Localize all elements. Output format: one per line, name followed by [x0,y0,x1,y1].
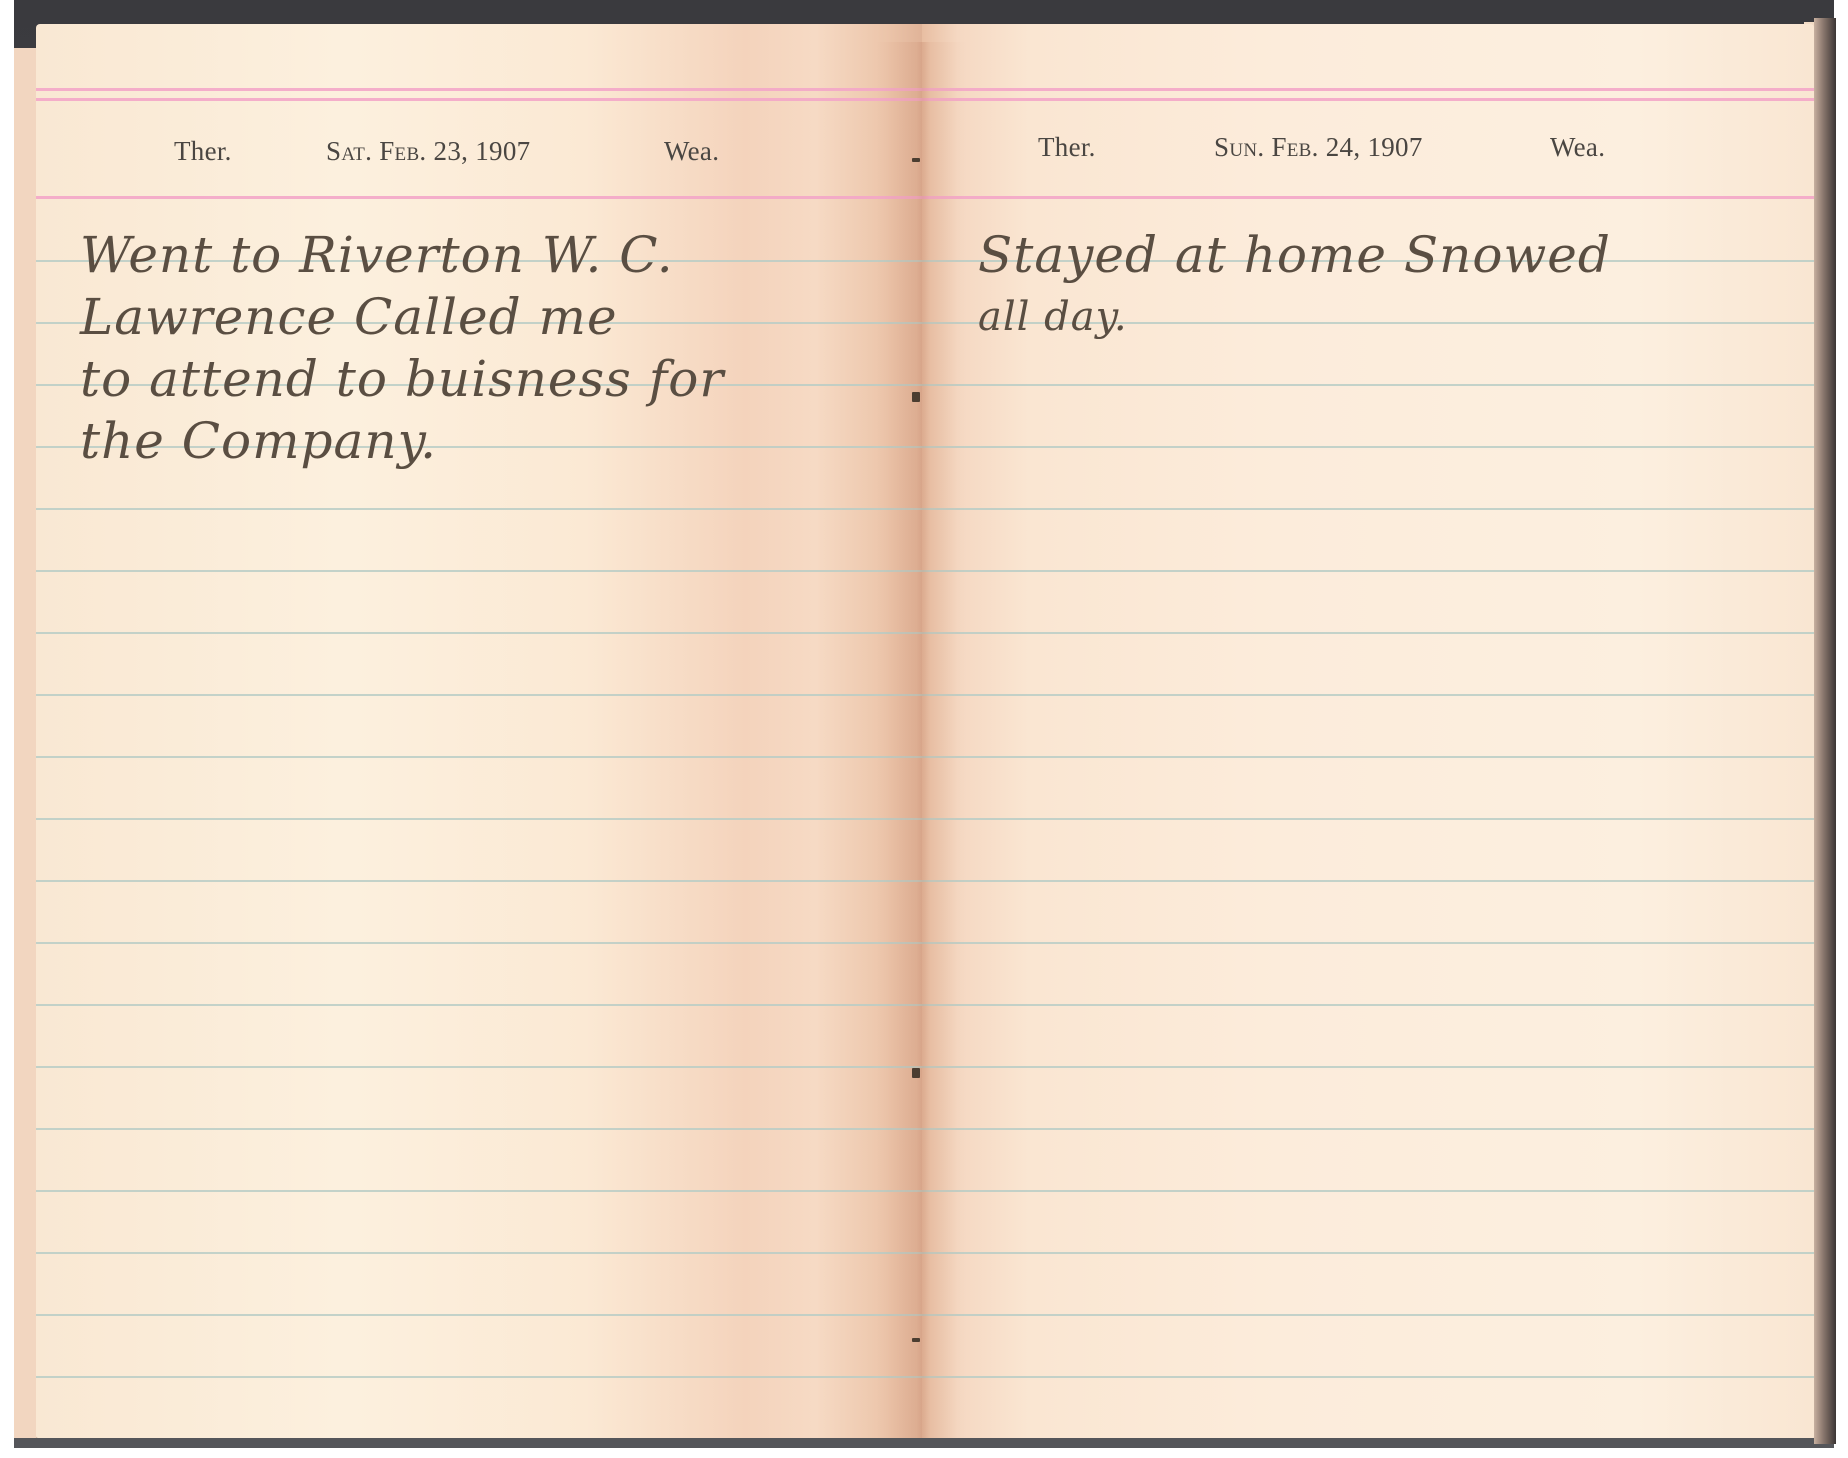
weather-label: Wea. [1550,132,1605,163]
ruled-line [922,880,1814,882]
ruled-line [36,942,922,944]
header-double-rule-bottom [922,98,1814,101]
ruled-line [36,508,922,510]
ruled-line [922,570,1814,572]
entry-line: the Company. [80,410,900,472]
ruled-line [36,1066,922,1068]
handwritten-entry: Went to Riverton W. C. Lawrence Called m… [80,224,900,472]
header-double-rule-bottom [36,98,922,101]
ruled-line [922,818,1814,820]
ruled-line [922,1004,1814,1006]
ruled-line [922,942,1814,944]
ruled-line [36,1376,922,1378]
ruled-line [36,1190,922,1192]
ruled-line [922,1314,1814,1316]
staple-icon [912,392,920,402]
staple-icon [912,1068,920,1078]
ruled-line [922,1190,1814,1192]
ruled-line [36,1128,922,1130]
page-header: Ther. Sun. Feb. 24, 1907 Wea. [922,136,1814,176]
right-diary-page: Ther. Sun. Feb. 24, 1907 Wea. Stayed at … [922,24,1814,1438]
binding-mark [912,1338,920,1342]
ruled-line [36,756,922,758]
ruled-line [922,384,1814,386]
entry-line: Went to Riverton W. C. [80,224,900,286]
binding-mark [912,158,920,162]
left-page-stack-edge [14,48,37,1438]
entry-line: to attend to buisness for [80,348,900,410]
thermometer-label: Ther. [174,136,232,167]
header-double-rule-top [922,88,1814,91]
open-diary: Ther. Sat. Feb. 23, 1907 Wea. Went to Ri… [14,18,1820,1444]
header-underline [922,196,1814,199]
ruled-line [922,508,1814,510]
ruled-line [36,1314,922,1316]
entry-line: all day. [978,286,1798,348]
thermometer-label: Ther. [1038,132,1096,163]
book-cover-edge [1814,18,1836,1444]
ruled-line [922,1128,1814,1130]
weather-label: Wea. [664,136,719,167]
ruled-line [922,1066,1814,1068]
page-date: Sun. Feb. 24, 1907 [1214,132,1423,163]
entry-line: Stayed at home Snowed [978,224,1798,286]
ruled-line [922,694,1814,696]
ruled-line [36,818,922,820]
ruled-line [922,1252,1814,1254]
ruled-line [36,694,922,696]
header-double-rule-top [36,88,922,91]
page-header: Ther. Sat. Feb. 23, 1907 Wea. [36,136,922,176]
header-underline [36,196,922,199]
ruled-line [922,756,1814,758]
ruled-line [36,1252,922,1254]
ruled-line [922,446,1814,448]
entry-line: Lawrence Called me [80,286,900,348]
bleed-through-text [66,494,81,556]
ruled-line [36,632,922,634]
left-diary-page: Ther. Sat. Feb. 23, 1907 Wea. Went to Ri… [36,24,922,1438]
ruled-line [36,1004,922,1006]
handwritten-entry: Stayed at home Snowed all day. [978,224,1798,348]
ruled-line [922,632,1814,634]
ruled-line [36,570,922,572]
ruled-line [36,880,922,882]
ruled-line [922,1376,1814,1378]
page-date: Sat. Feb. 23, 1907 [326,136,530,167]
